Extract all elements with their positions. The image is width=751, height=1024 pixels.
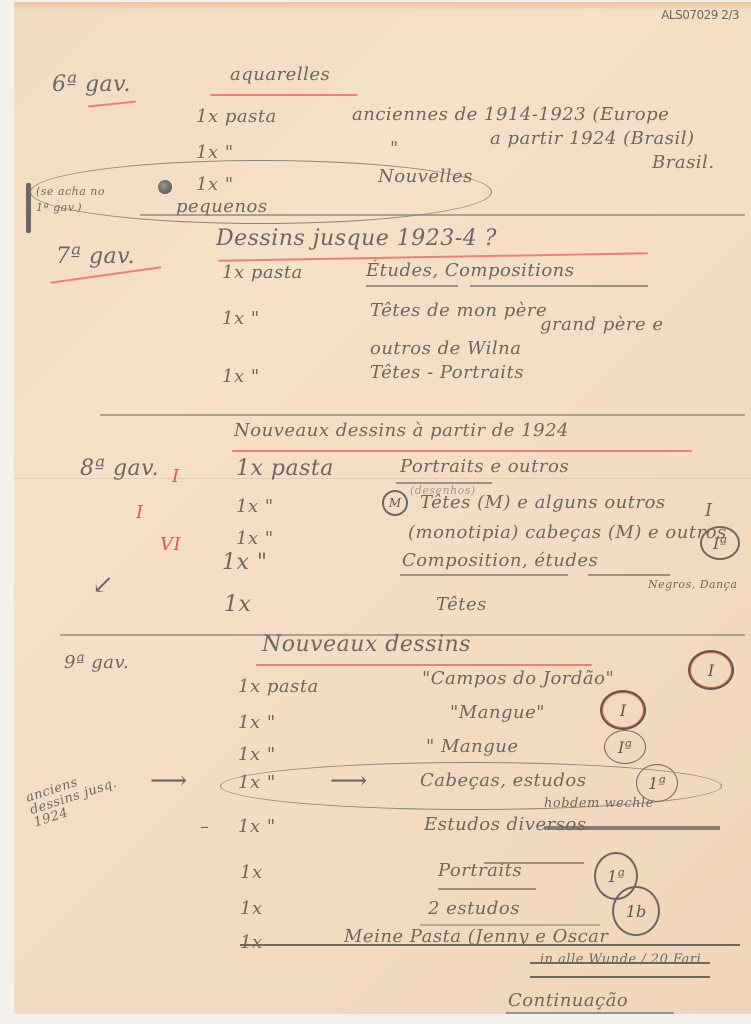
underline xyxy=(366,285,458,287)
arrow-right-icon: ⟶ xyxy=(330,766,367,796)
dash-mark: – xyxy=(200,816,210,837)
entry-qty: 1x pasta xyxy=(196,106,277,127)
entry-desc: 2 estudos xyxy=(428,898,520,919)
entry-qty: 1x " xyxy=(222,366,260,387)
section-heading-9: Nouveaux dessins xyxy=(262,632,471,657)
entry-qty: 1x " xyxy=(238,744,276,765)
entry-qty: 1x " xyxy=(236,496,274,517)
strikethrough xyxy=(530,976,710,978)
entry-desc: Têtes (M) e alguns outros xyxy=(420,492,666,513)
entry-desc: Portraits e outros xyxy=(400,456,569,477)
underline xyxy=(438,888,536,890)
section-divider xyxy=(140,214,745,216)
entry-desc: Estudos diversos xyxy=(424,814,587,835)
entry-qty: 1x " xyxy=(238,712,276,733)
entry-qty: 1x " xyxy=(236,528,274,549)
entry-desc: Têtes - Portraits xyxy=(370,362,524,383)
entry-sub: hobdem wechle xyxy=(544,796,654,811)
underline xyxy=(470,285,648,287)
entry-desc: Têtes xyxy=(436,594,487,615)
circled-m-icon: M xyxy=(382,490,408,516)
entry-mark: I xyxy=(705,500,713,521)
entry-qty: 1x " xyxy=(222,308,260,329)
entry-desc: "Mangue" xyxy=(450,702,545,723)
circled-mark: 1b xyxy=(612,886,660,936)
entry-sub: in alle Wunde / 20 Fari xyxy=(540,952,701,967)
underline xyxy=(588,574,670,576)
red-mark: VI xyxy=(160,534,181,555)
entry-desc: Nouvelles xyxy=(378,166,473,187)
entry-desc: anciennes de 1914-1923 (Europe xyxy=(352,104,669,125)
bullet-dot-icon xyxy=(158,180,172,194)
entry-desc: " Mangue xyxy=(426,736,519,757)
footer-continuation: Continuação xyxy=(508,990,628,1011)
entry-qty: 1x " xyxy=(196,174,234,195)
section-heading-6: aquarelles xyxy=(230,64,330,85)
drawer-label-8: 8ª gav. xyxy=(80,456,159,481)
circled-mark: Iª xyxy=(604,730,646,764)
strikethrough xyxy=(530,962,710,964)
entry-qty: 1x xyxy=(240,932,263,953)
red-underline xyxy=(232,450,692,452)
drawer-label-7: 7ª gav. xyxy=(56,244,135,269)
entry-qty: 1x pasta xyxy=(236,456,334,481)
entry-desc: Composition, études xyxy=(402,550,598,571)
entry-note: a partir 1924 (Brasil) xyxy=(490,128,695,149)
strikethrough xyxy=(544,826,720,830)
entry-note: Brasil. xyxy=(652,152,715,173)
underline xyxy=(506,1012,674,1014)
entry-sub: outros de Wilna xyxy=(370,338,521,359)
entry-note: Negros, Dança xyxy=(648,578,737,591)
circled-mark: I xyxy=(688,650,734,690)
arrow-down-left-icon: ↙ xyxy=(92,570,114,600)
entry-qty: 1x xyxy=(240,862,263,883)
circled-mark: Iª xyxy=(700,526,740,560)
arrow-right-icon: ⟶ xyxy=(150,766,187,796)
entry-desc: Études, Compositions xyxy=(366,260,575,281)
drawer-label-9: 9ª gav. xyxy=(64,652,129,673)
circled-mark: I xyxy=(600,690,646,730)
entry-desc: (monotipia) cabeças (M) e outros xyxy=(408,522,727,543)
entry-qty: 1x pasta xyxy=(238,676,319,697)
underline xyxy=(400,574,568,576)
red-underline xyxy=(210,94,358,96)
section-heading-8: Nouveaux dessins à partir de 1924 xyxy=(234,420,569,441)
entry-qty: 1x xyxy=(240,898,263,919)
entry-desc: Portraits xyxy=(438,860,522,881)
margin-note: (se acha no 1ª gav.) xyxy=(36,184,116,216)
entry-qty: 1x xyxy=(224,592,251,617)
section-divider xyxy=(100,414,745,416)
entry-desc: Têtes de mon père xyxy=(370,300,547,321)
entry-desc: "Campos do Jordão" xyxy=(422,668,614,689)
margin-bracket xyxy=(26,183,31,233)
entry-note: grand père e xyxy=(540,314,664,335)
archive-id: ALS07029 2/3 xyxy=(661,8,739,22)
entry-qty: 1x " xyxy=(222,550,268,575)
entry-qty: 1x " xyxy=(238,816,276,837)
red-underline xyxy=(256,664,592,666)
entry-desc: Cabeças, estudos xyxy=(420,770,586,791)
section-heading-7: Dessins jusque 1923-4 ? xyxy=(216,226,497,251)
strikethrough xyxy=(240,944,740,946)
entry-desc: " xyxy=(390,138,399,159)
entry-qty: 1x pasta xyxy=(222,262,303,283)
red-mark: I xyxy=(172,466,180,487)
drawer-label-6: 6ª gav. xyxy=(52,72,131,97)
red-mark: I xyxy=(136,502,144,523)
entry-qty: 1x " xyxy=(238,772,276,793)
